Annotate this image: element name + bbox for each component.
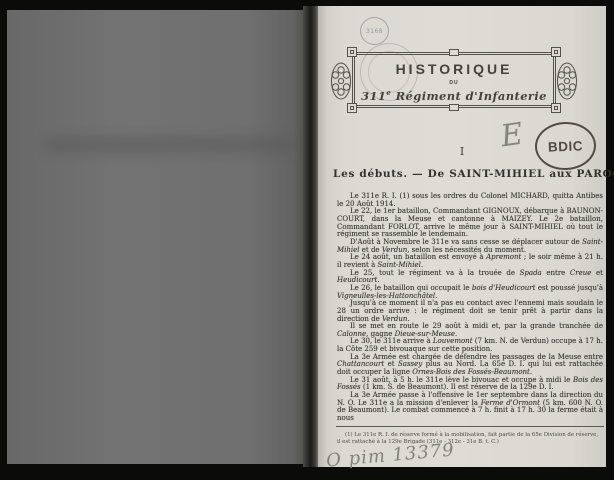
regiment-name: Régiment d'Infanterie [391, 89, 547, 103]
footnote-rule [336, 426, 604, 427]
paragraph: D'Août à Novembre le 311e va sans cesse … [337, 239, 603, 254]
body-text: Le 311e R. I. (1) sous les ordres du Col… [337, 193, 603, 423]
paragraph: Le 31 août, à 5 h. le 311e lève le bivou… [337, 377, 603, 392]
faint-round-stamp: 3168 [360, 17, 389, 45]
paragraph: La 3e Armée est chargée de défendre les … [337, 354, 603, 377]
footnote: (1) Le 311e R. I. de réserve formé à la … [337, 432, 603, 445]
left-cover-page [7, 10, 305, 464]
paragraph: Le 24 août, un bataillon est envoyé à Ap… [337, 254, 603, 269]
faint-stamp-number: 3168 [366, 28, 383, 35]
paragraph: Jusqu'à ce moment il n'a pas eu contact … [337, 300, 603, 323]
title-text: HISTORIQUE DU 311e Régiment d'Infanterie [354, 54, 554, 108]
title-page: 3168 [318, 6, 606, 467]
chapter-numeral: I [318, 145, 606, 158]
paragraph: Le 30, le 311e arrive à Louvemont (7 km.… [337, 338, 603, 353]
paragraph: La 3e Armée passe à l'offensive le 1er s… [337, 392, 603, 423]
paragraph: Le 25, tout le régiment va à la trouée d… [337, 270, 603, 285]
paragraph: Le 22, le 1er bataillon, Commandant GIGN… [337, 208, 603, 239]
rosette-right-icon [556, 61, 578, 101]
scanned-book-spread: 3168 [0, 0, 614, 480]
rosette-left-icon [330, 61, 352, 101]
book-title: HISTORIQUE [354, 61, 554, 77]
ornamental-title-box: HISTORIQUE DU 311e Régiment d'Infanterie [330, 46, 578, 116]
section-heading: Les débuts. — De SAINT-MIHIEL aux PAROCH… [333, 168, 601, 180]
bleed-through-ghost [47, 137, 291, 153]
title-du: DU [354, 80, 554, 86]
paragraph: Le 26, le bataillon qui occupait le bois… [337, 285, 603, 300]
regiment-title: 311e Régiment d'Infanterie [354, 88, 554, 103]
regiment-number: 311 [361, 89, 386, 103]
